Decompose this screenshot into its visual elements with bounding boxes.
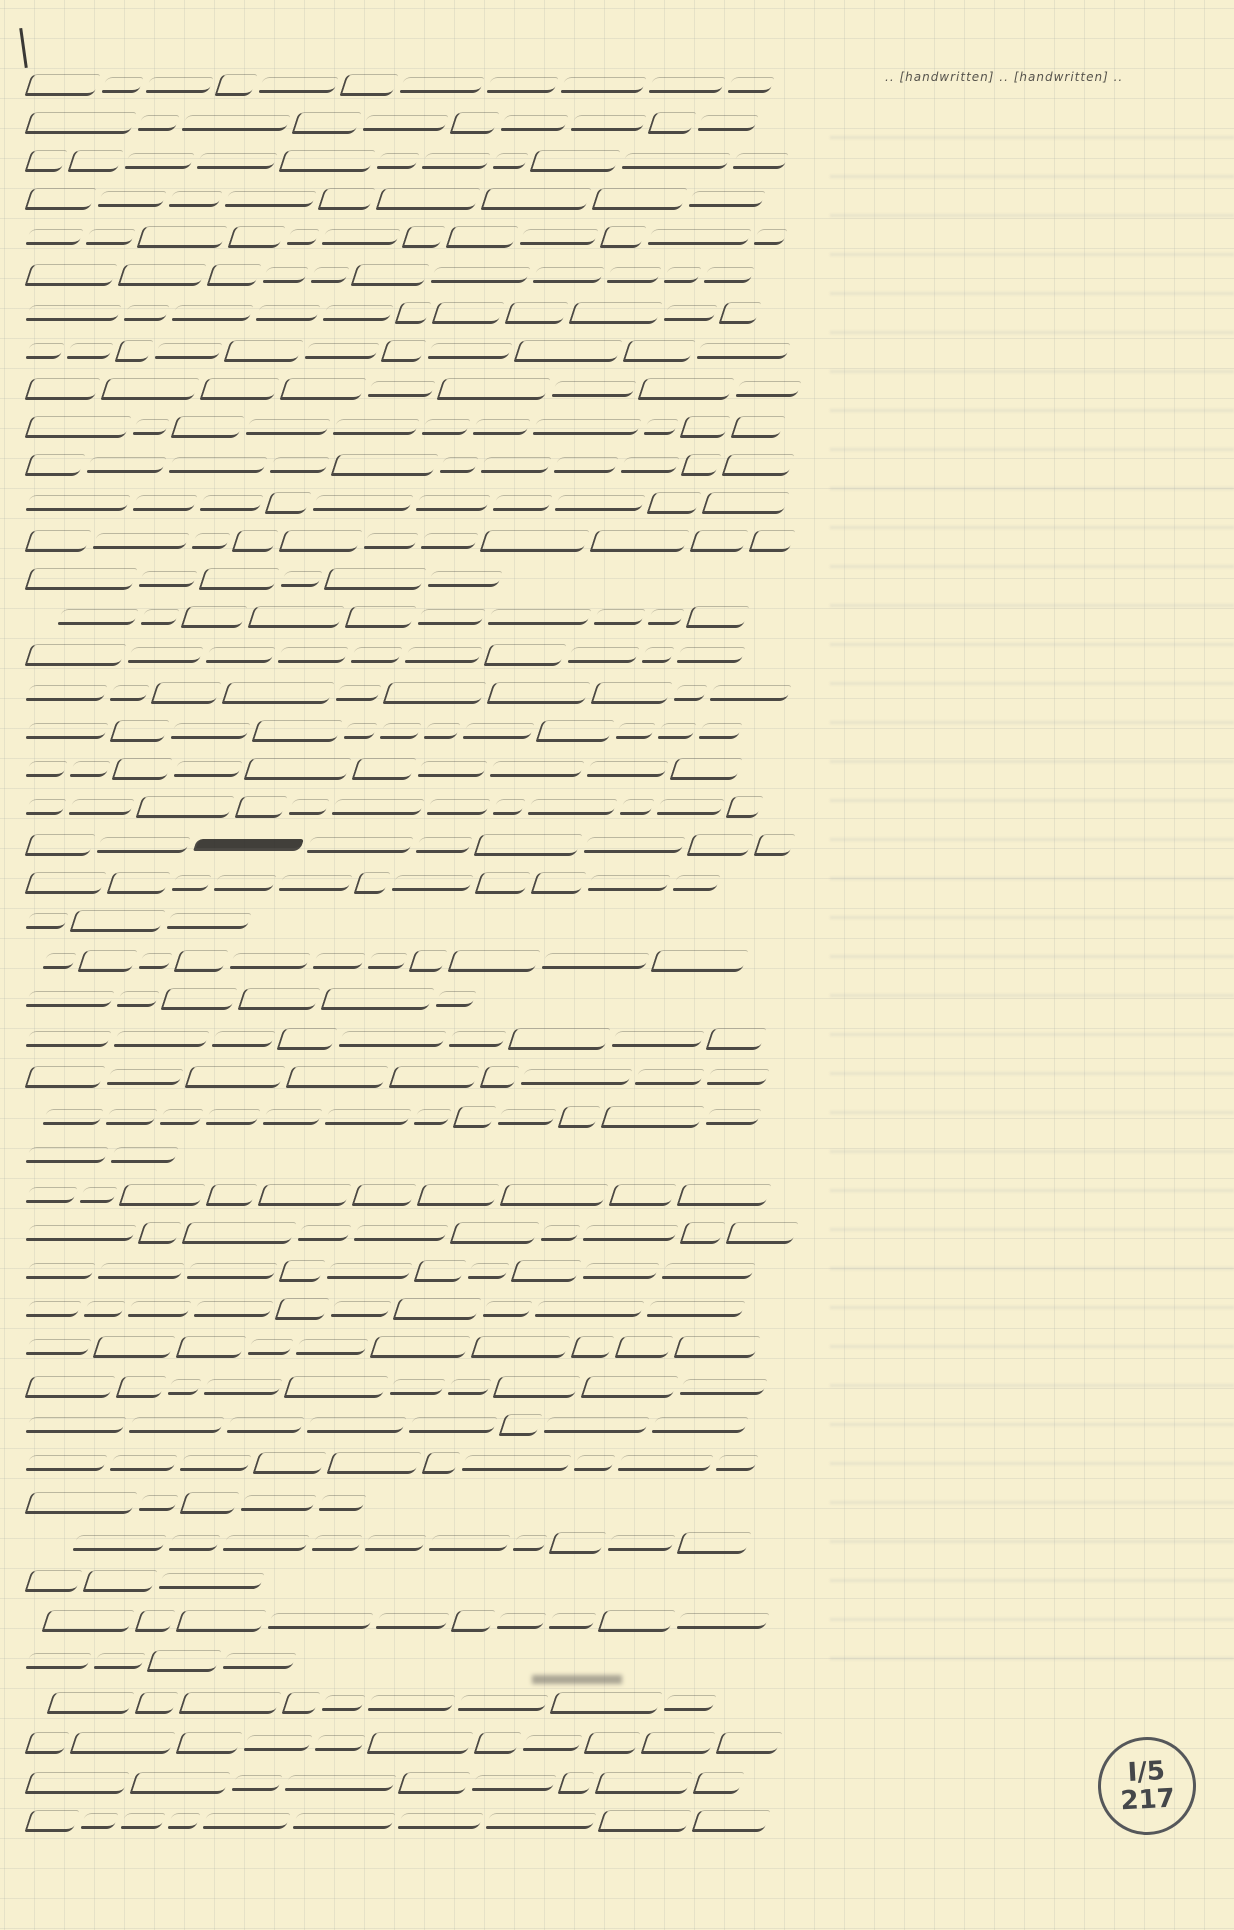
handwritten-word (350, 647, 402, 663)
handwritten-word (557, 1106, 600, 1128)
handwritten-word (705, 1028, 766, 1050)
handwritten-word (231, 1775, 282, 1791)
handwritten-line (28, 1066, 788, 1088)
handwritten-word (179, 1455, 251, 1471)
handwritten-word (648, 77, 725, 93)
handwritten-word (485, 1813, 596, 1829)
handwritten-word (24, 150, 67, 172)
handwritten-word (314, 1735, 365, 1751)
handwritten-word (692, 1772, 744, 1794)
handwritten-word (199, 378, 279, 400)
handwritten-word (608, 1184, 676, 1206)
handwritten-word (310, 267, 349, 283)
handwritten-word (332, 419, 419, 435)
handwritten-word (24, 112, 136, 134)
handwritten-word (532, 267, 604, 283)
handwritten-word (696, 343, 790, 359)
handwritten-word (421, 1452, 460, 1474)
handwritten-word (467, 1263, 509, 1279)
handwritten-word (725, 796, 763, 818)
handwritten-word (227, 226, 285, 248)
handwritten-word (132, 419, 169, 435)
stamp-folio-number: 217 (1120, 1785, 1176, 1816)
handwritten-line (28, 1810, 793, 1832)
handwritten-line (28, 682, 803, 704)
handwritten-line (28, 1144, 178, 1166)
handwritten-word (243, 1735, 312, 1751)
handwritten-word (413, 1109, 451, 1125)
handwritten-word (24, 188, 96, 210)
handwritten-word (214, 74, 257, 96)
margin-note-text: .. [handwritten] .. [handwritten] .. (885, 70, 1123, 84)
handwritten-word (321, 229, 400, 245)
handwritten-word (247, 606, 344, 628)
handwritten-word (367, 953, 407, 969)
handwritten-word (330, 454, 438, 476)
handwritten-word (150, 682, 221, 704)
handwritten-word (146, 1650, 221, 1672)
handwritten-line (28, 1298, 788, 1320)
handwritten-word (535, 720, 614, 742)
handwritten-word (753, 229, 787, 245)
handwritten-word (24, 834, 95, 856)
handwritten-line (28, 1336, 793, 1358)
handwritten-word (93, 1653, 145, 1669)
handwritten-word (25, 1339, 91, 1355)
handwritten-word (661, 1263, 755, 1279)
handwritten-word (284, 1775, 396, 1791)
handwritten-word (24, 454, 85, 476)
handwritten-word (450, 1610, 495, 1632)
handwritten-word (673, 685, 707, 701)
handwritten-word (606, 267, 661, 283)
handwritten-line (28, 644, 793, 666)
handwritten-word (168, 191, 222, 207)
handwritten-word (339, 74, 398, 96)
handwritten-line (50, 1692, 720, 1714)
handwritten-word (534, 1301, 644, 1317)
handwritten-word (482, 1301, 532, 1317)
handwritten-word (593, 609, 645, 625)
handwritten-word (25, 1301, 81, 1317)
handwritten-word (66, 343, 113, 359)
handwritten-word (519, 229, 598, 245)
handwritten-word (85, 229, 135, 245)
handwritten-word (686, 834, 753, 856)
handwritten-word (205, 1184, 257, 1206)
handwritten-word (24, 1376, 115, 1398)
handwritten-word (496, 1613, 546, 1629)
handwritten-word (211, 1031, 275, 1047)
handwritten-word (118, 1184, 205, 1206)
handwritten-word (168, 457, 267, 473)
handwritten-word (191, 533, 230, 549)
handwritten-word (492, 799, 525, 815)
handwritten-word (676, 1184, 771, 1206)
handwritten-word (171, 305, 253, 321)
handwritten-word (324, 1109, 411, 1125)
handwritten-word (170, 416, 244, 438)
handwritten-word (25, 1031, 111, 1047)
handwritten-word (321, 1695, 365, 1711)
handwritten-word (366, 1732, 473, 1754)
handwritten-word (500, 115, 568, 131)
handwritten-word (175, 1732, 242, 1754)
handwritten-word (748, 530, 795, 552)
handwritten-word (498, 1414, 542, 1436)
handwritten-word (25, 1417, 126, 1433)
handwritten-word (92, 1336, 175, 1358)
handwritten-word (25, 685, 107, 701)
handwritten-word (408, 1417, 497, 1433)
handwritten-word (117, 264, 206, 286)
handwritten-word (277, 647, 348, 663)
handwritten-word (109, 685, 149, 701)
handwritten-word (206, 264, 261, 286)
handwritten-line (28, 1184, 803, 1206)
handwritten-word (338, 1031, 446, 1047)
handwritten-word (24, 74, 100, 96)
handwritten-word (343, 723, 377, 739)
handwritten-word (582, 1225, 678, 1241)
handwritten-word (140, 609, 179, 625)
handwritten-word (426, 799, 490, 815)
handwritten-word (280, 571, 322, 587)
handwritten-word (472, 419, 530, 435)
handwritten-line (28, 492, 798, 514)
handwritten-word (487, 609, 591, 625)
handwritten-word (344, 606, 416, 628)
handwritten-word (676, 1532, 751, 1554)
handwritten-word (643, 419, 678, 435)
handwritten-word (101, 77, 143, 93)
handwritten-word (134, 1610, 175, 1632)
handwritten-word (353, 872, 390, 894)
handwritten-word (397, 1772, 470, 1794)
handwritten-word (527, 799, 617, 815)
handwritten-word (25, 1653, 91, 1669)
handwritten-word (171, 875, 211, 891)
handwritten-word (614, 1336, 673, 1358)
handwritten-word (622, 340, 695, 362)
handwritten-word (394, 302, 431, 324)
handwritten-word (106, 872, 170, 894)
handwritten-word (168, 1535, 220, 1551)
handwritten-line (28, 340, 798, 362)
handwritten-line (28, 454, 803, 476)
handwritten-line (28, 302, 793, 324)
handwritten-word (237, 988, 320, 1010)
handwritten-word (448, 1031, 506, 1047)
handwritten-word (367, 381, 435, 397)
handwritten-word (24, 1492, 137, 1514)
handwritten-word (480, 457, 551, 473)
handwritten-line (28, 1650, 308, 1672)
handwritten-word (363, 533, 418, 549)
handwritten-line (28, 1732, 783, 1754)
handwritten-word (698, 723, 742, 739)
handwritten-word (597, 1810, 691, 1832)
handwritten-word (25, 343, 64, 359)
handwritten-line (28, 988, 478, 1010)
handwritten-word (647, 112, 696, 134)
handwritten-word (688, 191, 765, 207)
handwritten-word (600, 1106, 704, 1128)
handwritten-word (479, 530, 589, 552)
handwritten-line (28, 530, 798, 552)
handwritten-word (281, 1692, 320, 1714)
handwritten-word (732, 153, 788, 169)
handwritten-word (123, 305, 169, 321)
handwritten-word (25, 913, 68, 929)
handwritten-line (28, 1376, 798, 1398)
handwritten-word (590, 682, 672, 704)
handwritten-word (331, 799, 424, 815)
handwritten-word (96, 837, 190, 853)
handwritten-word (83, 1301, 125, 1317)
handwritten-word (320, 988, 434, 1010)
handwritten-word (166, 913, 251, 929)
handwritten-word (388, 1066, 479, 1088)
handwritten-word (251, 720, 342, 742)
handwritten-word (173, 950, 228, 972)
handwritten-word (715, 1455, 758, 1471)
handwritten-word (193, 839, 304, 851)
handwritten-word (423, 723, 460, 739)
handwritten-word (247, 1339, 293, 1355)
handwritten-word (79, 1187, 117, 1203)
handwritten-word (730, 416, 785, 438)
handwritten-word (479, 1066, 519, 1088)
handwritten-word (656, 799, 724, 815)
handwritten-word (318, 1495, 366, 1511)
handwritten-word (243, 758, 351, 780)
handwritten-word (483, 644, 566, 666)
handwritten-line (28, 378, 803, 400)
handwritten-word (154, 343, 222, 359)
handwritten-word (69, 1732, 175, 1754)
handwritten-line (28, 1570, 288, 1592)
handwritten-word (127, 647, 203, 663)
handwritten-line (45, 1610, 775, 1632)
handwritten-word (24, 264, 117, 286)
handwritten-word (25, 1147, 108, 1163)
handwritten-word (42, 1109, 103, 1125)
handwritten-word (721, 454, 794, 476)
handwritten-word (570, 115, 646, 131)
handwritten-word (617, 1455, 713, 1471)
insertion-mark (19, 28, 28, 68)
handwritten-word (375, 188, 480, 210)
handwritten-word (222, 1653, 296, 1669)
handwritten-word (24, 416, 131, 438)
handwritten-word (159, 1109, 203, 1125)
handwritten-line (28, 1452, 768, 1474)
handwritten-word (145, 77, 213, 93)
handwritten-word (672, 875, 720, 891)
handwritten-word (353, 1225, 448, 1241)
handwritten-word (113, 1031, 209, 1047)
handwritten-line (28, 872, 728, 894)
handwritten-word (607, 1535, 675, 1551)
handwritten-word (25, 305, 121, 321)
handwritten-word (718, 302, 761, 324)
handwritten-word (205, 1109, 260, 1125)
ink-smudge (532, 1675, 622, 1684)
handwritten-word (420, 533, 478, 549)
handwritten-word (311, 1535, 362, 1551)
stamp-series: I/5 (1127, 1757, 1166, 1787)
handwritten-word (181, 115, 290, 131)
handwritten-word (180, 606, 247, 628)
handwritten-word (510, 1260, 581, 1282)
archive-stamp: I/5 217 (1096, 1735, 1199, 1838)
handwritten-line (28, 112, 798, 134)
handwritten-word (599, 226, 646, 248)
handwritten-word (541, 953, 649, 969)
handwritten-line (28, 150, 798, 172)
handwritten-word (25, 991, 114, 1007)
handwritten-word (137, 1222, 181, 1244)
handwritten-word (492, 1376, 580, 1398)
handwritten-word (312, 953, 365, 969)
handwritten-word (408, 950, 447, 972)
handwritten-word (24, 568, 137, 590)
handwritten-word (430, 267, 530, 283)
handwritten-word (25, 799, 66, 815)
handwritten-word (136, 226, 227, 248)
handwritten-word (223, 340, 303, 362)
handwritten-word (25, 1455, 107, 1471)
handwritten-word (650, 950, 748, 972)
handwritten-word (657, 723, 696, 739)
handwritten-word (25, 1187, 77, 1203)
handwritten-word (679, 1222, 725, 1244)
handwritten-word (507, 1028, 610, 1050)
handwritten-word (267, 1613, 373, 1629)
handwritten-word (512, 1535, 547, 1551)
handwritten-word (199, 495, 263, 511)
handwritten-word (449, 1222, 539, 1244)
handwritten-word (82, 1570, 157, 1592)
handwritten-line (28, 1772, 773, 1794)
handwritten-word (709, 685, 791, 701)
handwritten-word (25, 229, 83, 245)
handwritten-word (24, 872, 106, 894)
handwritten-word (179, 1492, 239, 1514)
handwritten-word (421, 419, 470, 435)
handwritten-word (646, 492, 701, 514)
handwritten-word (504, 302, 568, 324)
handwritten-word (269, 457, 329, 473)
handwritten-word (24, 1772, 129, 1794)
handwritten-word (46, 1692, 134, 1714)
handwritten-word (567, 647, 639, 663)
handwritten-word (376, 153, 419, 169)
handwritten-word (167, 1813, 200, 1829)
handwritten-word (213, 875, 276, 891)
handwritten-word (170, 723, 250, 739)
handwritten-word (138, 571, 197, 587)
handwritten-word (25, 1225, 136, 1241)
handwritten-word (549, 1692, 662, 1714)
handwritten-word (380, 340, 426, 362)
handwritten-word (548, 1532, 606, 1554)
handwritten-word (663, 1695, 716, 1711)
handwritten-word (178, 1692, 281, 1714)
handwritten-word (591, 188, 687, 210)
handwritten-word (697, 115, 758, 131)
handwritten-word (24, 1066, 105, 1088)
handwritten-word (202, 1813, 290, 1829)
handwritten-word (68, 799, 134, 815)
handwritten-word (186, 1263, 277, 1279)
handwritten-word (114, 340, 153, 362)
handwritten-word (449, 112, 499, 134)
handwritten-word (369, 1336, 470, 1358)
handwritten-line (28, 74, 788, 96)
handwritten-word (323, 568, 426, 590)
handwritten-word (413, 1260, 466, 1282)
handwritten-word (703, 267, 754, 283)
handwritten-word (553, 457, 618, 473)
handwritten-word (109, 1455, 177, 1471)
handwritten-word (727, 77, 774, 93)
handwritten-word (362, 115, 448, 131)
handwritten-line (28, 416, 798, 438)
handwritten-word (471, 1775, 556, 1791)
handwritten-word (647, 229, 751, 245)
handwritten-line (28, 910, 258, 932)
handwritten-word (530, 872, 586, 894)
handwritten-word (69, 761, 110, 777)
handwritten-word (582, 1263, 659, 1279)
handwritten-word (278, 1260, 325, 1282)
handwritten-word (583, 837, 685, 853)
handwritten-word (25, 723, 108, 739)
handwritten-word (583, 1732, 640, 1754)
handwritten-word (669, 758, 742, 780)
handwritten-word (532, 419, 641, 435)
handwritten-word (24, 1732, 69, 1754)
handwritten-word (57, 609, 138, 625)
handwritten-word (439, 457, 478, 473)
handwritten-line (45, 1106, 775, 1128)
handwritten-word (416, 1184, 499, 1206)
handwritten-word (175, 1610, 266, 1632)
handwritten-word (86, 457, 166, 473)
handwritten-word (461, 1455, 571, 1471)
handwritten-word (288, 799, 329, 815)
handwritten-word (279, 378, 366, 400)
handwritten-word (322, 305, 393, 321)
handwritten-word (110, 1147, 178, 1163)
handwritten-line (28, 568, 528, 590)
handwritten-line (28, 226, 803, 248)
handwritten-line (28, 834, 798, 856)
handwritten-word (705, 1109, 761, 1125)
handwritten-word (428, 1535, 510, 1551)
handwritten-word (292, 1813, 395, 1829)
handwritten-word (706, 1069, 769, 1085)
handwritten-word (753, 834, 795, 856)
handwritten-word (135, 796, 234, 818)
handwritten-word (492, 495, 552, 511)
handwritten-word (486, 77, 558, 93)
handwritten-word (375, 1613, 449, 1629)
handwritten-word (560, 77, 646, 93)
handwritten-word (586, 761, 668, 777)
